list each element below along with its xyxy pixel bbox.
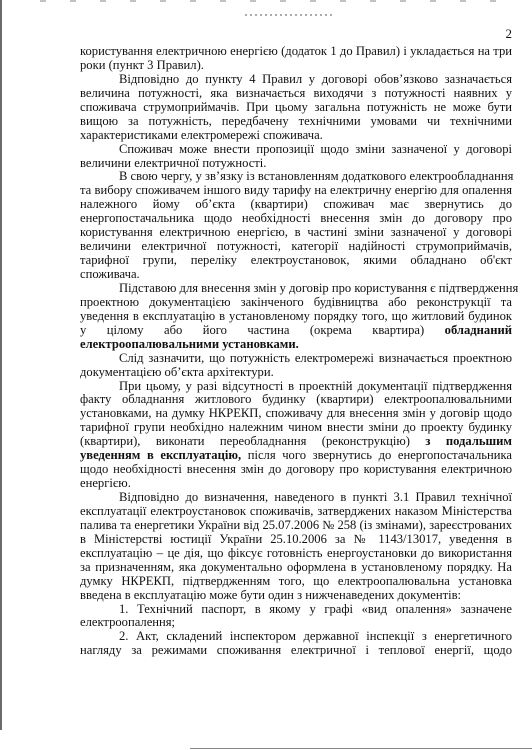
text-line-mixed: уведенням в експлуатацію, після чого зве… xyxy=(80,449,512,463)
page-number: 2 xyxy=(506,26,513,42)
text-run: у цілому або його частина (окрема кварти… xyxy=(80,323,424,337)
text-line: нагляду за режимами споживання електричн… xyxy=(80,644,512,658)
text-line: щодо необхідності внесення змін до догов… xyxy=(80,463,512,477)
text-line: роки (пункт 3 Правил). xyxy=(80,59,512,73)
scan-dots-artifact xyxy=(245,14,335,16)
text-line: факту обладнання житлового будинку (квар… xyxy=(80,393,512,407)
text-line: палива та енергетики України від 25.07.2… xyxy=(80,519,512,533)
text-line: думку НКРЕКП, підтвердженням того, що ел… xyxy=(80,575,512,589)
text-line: за призначенням, яка документально оформ… xyxy=(80,561,512,575)
text-line: проектною документацією закінченого буді… xyxy=(80,296,512,310)
bold-text-line: електроопалювальними установками. xyxy=(80,338,512,352)
text-line: величина потужності, яка визначається ви… xyxy=(80,87,512,101)
text-line: належного йому об’єкта (квартири) спожив… xyxy=(80,198,512,212)
text-line: вищою за потужність, передбачену технічн… xyxy=(80,115,512,129)
text-line: експлуатацію – це дія, що фіксує готовні… xyxy=(80,547,512,561)
text-line: введена в експлуатацію може бути один з … xyxy=(80,589,512,603)
text-line: Споживач може внести пропозиції щодо змі… xyxy=(80,143,512,157)
text-line: споживача струмоприймачів. При цьому заг… xyxy=(80,101,512,115)
text-line: тарифної групи, переліку електроустаново… xyxy=(80,254,512,268)
text-line: електроопалення; xyxy=(80,616,512,630)
scan-bottom-line xyxy=(190,748,532,749)
text-line-mixed: (квартири), виконати переобладнання (рек… xyxy=(80,435,512,449)
bold-text-run: уведенням в експлуатацію, xyxy=(80,448,241,462)
text-line: енергією. xyxy=(80,477,512,491)
scan-top-artifact xyxy=(40,0,510,2)
text-line: В свою чергу, у зв’язку із встановленням… xyxy=(80,170,512,184)
text-line: При цьому, у разі відсутності в проектні… xyxy=(80,380,512,394)
text-line: документацією об’єкта архітектури. xyxy=(80,366,512,380)
text-line: Слід зазначити, що потужність електромер… xyxy=(80,352,512,366)
bold-text-run: з подальшим xyxy=(425,434,512,448)
text-line: тарифної групи необхідно належним чином … xyxy=(80,421,512,435)
bold-text-run: обладнаний xyxy=(445,323,512,337)
text-run: після чого звернутись до енергопостачаль… xyxy=(241,448,512,462)
list-item-2: 2. Акт, складений інспектором державної … xyxy=(80,630,512,644)
list-item-1: 1. Технічний паспорт, в якому у графі «в… xyxy=(80,603,512,617)
text-line: величини електричної потужності, категор… xyxy=(80,240,512,254)
scan-left-edge xyxy=(0,0,2,730)
text-run: (квартири), виконати переобладнання (рек… xyxy=(80,434,410,448)
text-line: енергопостачальника щодо необхідності вн… xyxy=(80,212,512,226)
text-line-mixed: у цілому або його частина (окрема кварти… xyxy=(80,324,512,338)
text-line: експлуатації електроустановок споживачів… xyxy=(80,505,512,519)
text-line: характеристиками електромережі споживача… xyxy=(80,129,512,143)
text-line: та вибору споживачем іншого виду тарифу … xyxy=(80,184,512,198)
text-line: величини електричної потужності. xyxy=(80,157,512,171)
text-line: установками, на думку НКРЕКП, споживачу … xyxy=(80,407,512,421)
text-line: Відповідно до визначення, наведеного в п… xyxy=(80,491,512,505)
text-line: в Міністерстві юстиції України 25.10.200… xyxy=(80,533,512,547)
text-line: споживача. xyxy=(80,268,512,282)
text-line: уведення в експлуатацію в установленому … xyxy=(80,310,512,324)
text-line: Підставою для внесення змін у договір пр… xyxy=(80,282,512,296)
text-line: Відповідно до пункту 4 Правил у договорі… xyxy=(80,73,512,87)
document-body: користування електричною енергією (додат… xyxy=(80,45,512,658)
text-line: користування електричною енергією, в час… xyxy=(80,226,512,240)
text-line: користування електричною енергією (додат… xyxy=(80,45,512,59)
document-page: 2 користування електричною енергією (дод… xyxy=(0,0,532,750)
